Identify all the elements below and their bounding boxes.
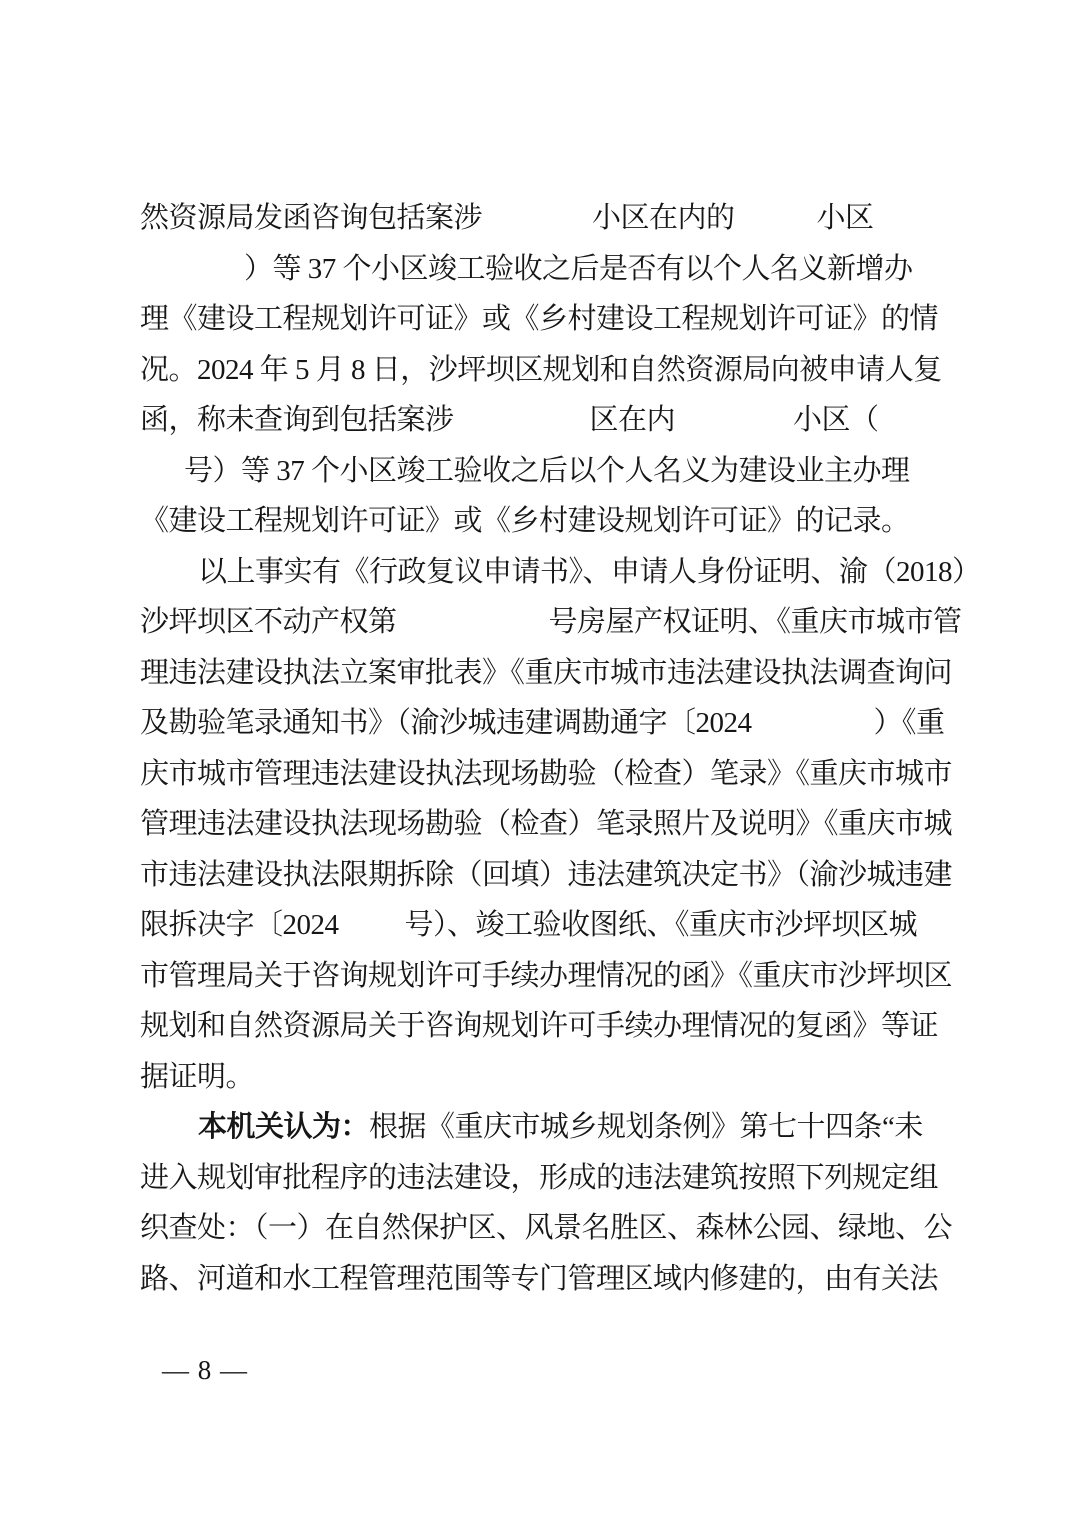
text-segment: 况。2024 年 5 月 8 日，沙坪坝区规划和自然资源局向被申请人复 <box>140 354 942 386</box>
text-line: 庆市城市管理违法建设执法现场勘验（检查）笔录》《重庆市城市 <box>140 749 952 800</box>
text-line: 理《建设工程规划许可证》或《乡村建设工程规划许可证》的情 <box>140 294 952 345</box>
text-segment: 路、河道和水工程管理范围等专门管理区域内修建的，由有关法 <box>140 1263 938 1295</box>
text-line: 理违法建设执法立案审批表》《重庆市城市违法建设执法调查询问 <box>140 648 952 699</box>
text-segment: 沙坪坝区不动产权第 <box>140 606 397 638</box>
text-segment: ）等 37 个小区竣工验收之后是否有以个人名义新增办 <box>244 253 913 285</box>
document-page: 然资源局发函咨询包括案涉小区在内的小区）等 37 个小区竣工验收之后是否有以个人… <box>0 0 1074 1520</box>
text-segment: 织查处：（一）在自然保护区、风景名胜区、森林公园、绿地、公 <box>140 1212 952 1244</box>
text-line: 《建设工程规划许可证》或《乡村建设规划许可证》的记录。 <box>140 496 952 547</box>
redaction-gap <box>339 900 405 901</box>
text-line: 沙坪坝区不动产权第号房屋产权证明、《重庆市城市管 <box>140 597 952 648</box>
text-segment: 函，称未查询到包括案涉 <box>140 404 454 436</box>
redaction-gap <box>454 395 590 396</box>
text-segment: 号房屋产权证明、《重庆市城市管 <box>549 606 962 638</box>
text-line: 进入规划审批程序的违法建设，形成的违法建筑按照下列规定组 <box>140 1153 952 1204</box>
redaction-gap <box>675 395 793 396</box>
redaction-gap <box>140 244 244 245</box>
text-line: 以上事实有《行政复议申请书》、申请人身份证明、渝（2018） <box>140 547 952 598</box>
text-segment: 号）等 37 个小区竣工验收之后以个人名义为建设业主办理 <box>184 455 910 487</box>
text-segment: 据证明。 <box>140 1061 254 1093</box>
text-segment: 规划和自然资源局关于咨询规划许可手续办理情况的复函》等证 <box>140 1010 938 1042</box>
text-segment: 及勘验笔录通知书》（渝沙城违建调勘通字〔2024 <box>140 707 752 739</box>
text-line: ）等 37 个小区竣工验收之后是否有以个人名义新增办 <box>140 244 952 295</box>
text-line: 限拆决字〔2024号）、竣工验收图纸、《重庆市沙坪坝区城 <box>140 900 952 951</box>
redaction-gap <box>140 547 198 548</box>
text-segment: 本机关认为： <box>198 1111 369 1143</box>
text-line: 函，称未查询到包括案涉区在内小区（ <box>140 395 952 446</box>
text-line: 然资源局发函咨询包括案涉小区在内的小区 <box>140 193 952 244</box>
text-segment: 以上事实有《行政复议申请书》、申请人身份证明、渝（2018） <box>198 556 981 588</box>
text-segment: ）《重 <box>874 707 945 739</box>
text-segment: 根据《重庆市城乡规划条例》第七十四条“未 <box>369 1111 923 1143</box>
text-line: 及勘验笔录通知书》（渝沙城违建调勘通字〔2024）《重 <box>140 698 952 749</box>
text-segment: 《建设工程规划许可证》或《乡村建设规划许可证》的记录。 <box>140 505 910 537</box>
text-line: 管理违法建设执法现场勘验（检查）笔录照片及说明》《重庆市城 <box>140 799 952 850</box>
text-line: 本机关认为：根据《重庆市城乡规划条例》第七十四条“未 <box>140 1102 952 1153</box>
redaction-gap <box>140 446 184 447</box>
page-number: — 8 — <box>162 1355 248 1386</box>
text-segment: 小区（ <box>793 404 879 436</box>
text-segment: 区在内 <box>590 404 676 436</box>
text-segment: 限拆决字〔2024 <box>140 909 339 941</box>
text-segment: 号）、竣工验收图纸、《重庆市沙坪坝区城 <box>405 909 918 941</box>
redaction-gap <box>482 193 592 194</box>
text-line: 织查处：（一）在自然保护区、风景名胜区、森林公园、绿地、公 <box>140 1203 952 1254</box>
redaction-gap <box>752 698 874 699</box>
text-line: 号）等 37 个小区竣工验收之后以个人名义为建设业主办理 <box>140 446 952 497</box>
text-segment: 管理违法建设执法现场勘验（检查）笔录照片及说明》《重庆市城 <box>140 808 952 840</box>
text-segment: 进入规划审批程序的违法建设，形成的违法建筑按照下列规定组 <box>140 1162 938 1194</box>
document-body: 然资源局发函咨询包括案涉小区在内的小区）等 37 个小区竣工验收之后是否有以个人… <box>140 193 952 1304</box>
text-line: 规划和自然资源局关于咨询规划许可手续办理情况的复函》等证 <box>140 1001 952 1052</box>
text-segment: 理《建设工程规划许可证》或《乡村建设工程规划许可证》的情 <box>140 303 938 335</box>
text-segment: 然资源局发函咨询包括案涉 <box>140 202 482 234</box>
redaction-gap <box>140 1102 198 1103</box>
text-line: 市管理局关于咨询规划许可手续办理情况的函》《重庆市沙坪坝区 <box>140 951 952 1002</box>
text-segment: 理违法建设执法立案审批表》《重庆市城市违法建设执法调查询问 <box>140 657 952 689</box>
text-line: 路、河道和水工程管理范围等专门管理区域内修建的，由有关法 <box>140 1254 952 1305</box>
text-segment: 小区 <box>817 202 874 234</box>
text-line: 市违法建设执法限期拆除（回填）违法建筑决定书》（渝沙城违建 <box>140 850 952 901</box>
text-segment: 市违法建设执法限期拆除（回填）违法建筑决定书》（渝沙城违建 <box>140 859 952 891</box>
text-segment: 小区在内的 <box>592 202 735 234</box>
text-line: 据证明。 <box>140 1052 952 1103</box>
redaction-gap <box>735 193 817 194</box>
text-line: 况。2024 年 5 月 8 日，沙坪坝区规划和自然资源局向被申请人复 <box>140 345 952 396</box>
redaction-gap <box>397 597 549 598</box>
text-segment: 庆市城市管理违法建设执法现场勘验（检查）笔录》《重庆市城市 <box>140 758 952 790</box>
text-segment: 市管理局关于咨询规划许可手续办理情况的函》《重庆市沙坪坝区 <box>140 960 952 992</box>
